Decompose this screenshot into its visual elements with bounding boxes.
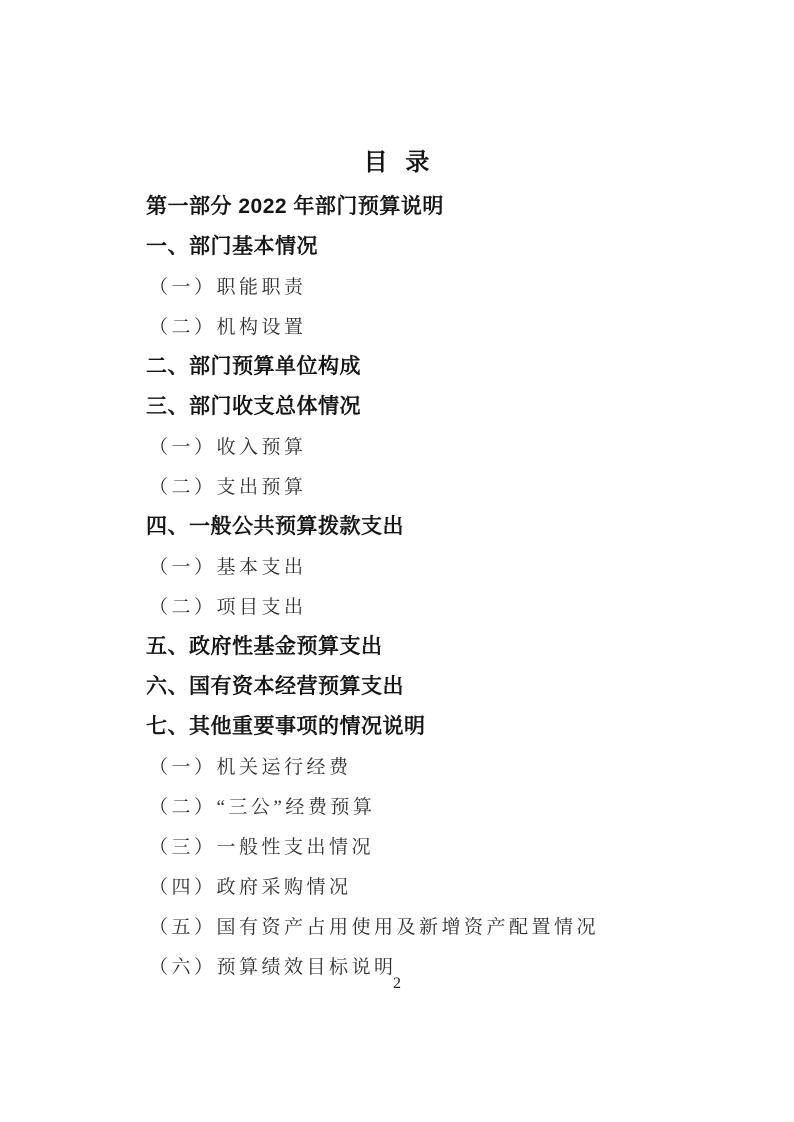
- toc-list: 第一部分 2022 年部门预算说明一、部门基本情况（一）职能职责（二）机构设置二…: [146, 185, 734, 985]
- toc-item: （二）机构设置: [146, 305, 734, 345]
- toc-item: 三、部门收支总体情况: [146, 385, 734, 425]
- toc-item: （四）政府采购情况: [146, 865, 734, 905]
- toc-item: 第一部分 2022 年部门预算说明: [146, 185, 734, 225]
- toc-item: 一、部门基本情况: [146, 225, 734, 265]
- toc-item: 五、政府性基金预算支出: [146, 625, 734, 665]
- toc-item: （一）收入预算: [146, 425, 734, 465]
- page-title: 目 录: [0, 148, 794, 178]
- toc-item: （二）“三公”经费预算: [146, 785, 734, 825]
- toc-item: （三）一般性支出情况: [146, 825, 734, 865]
- document-page: 目 录 第一部分 2022 年部门预算说明一、部门基本情况（一）职能职责（二）机…: [0, 0, 794, 1122]
- toc-item: （一）机关运行经费: [146, 745, 734, 785]
- toc-item: （二）项目支出: [146, 585, 734, 625]
- toc-item: 七、其他重要事项的情况说明: [146, 705, 734, 745]
- toc-item: （二）支出预算: [146, 465, 734, 505]
- toc-item: （一）基本支出: [146, 545, 734, 585]
- toc-item: （一）职能职责: [146, 265, 734, 305]
- toc-item: 四、一般公共预算拨款支出: [146, 505, 734, 545]
- toc-item: 六、国有资本经营预算支出: [146, 665, 734, 705]
- page-number: 2: [0, 975, 794, 993]
- toc-item: （五）国有资产占用使用及新增资产配置情况: [146, 905, 734, 945]
- toc-item: 二、部门预算单位构成: [146, 345, 734, 385]
